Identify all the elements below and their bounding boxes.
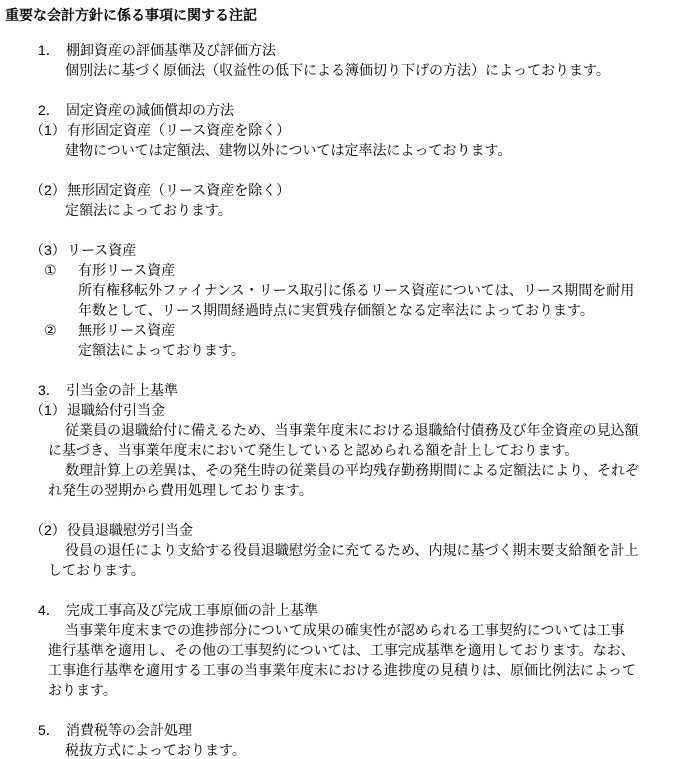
section-2-sub-2-heading-text: 無形固定資産（リース資産を除く）	[67, 182, 290, 198]
section-3-sub-1-heading-text: 退職給付引当金	[67, 402, 165, 418]
section-2-sub-3-item-2-heading-text: 無形リース資産	[78, 322, 175, 338]
text-line: れ発生の翌期から費用処理しております。	[48, 480, 678, 500]
section-2-sub-3-item-2-heading: ②無形リース資産	[44, 320, 678, 340]
section-3-sub-1-heading: （1）退職給付引当金	[30, 400, 678, 420]
section-1-number: 1．	[38, 40, 66, 60]
section-4-heading: 4．完成工事高及び完成工事原価の計上基準	[38, 600, 678, 620]
section-2-sub-3-item-1-number: ①	[44, 260, 78, 280]
section-2-sub-3-item-1-heading: ①有形リース資産	[44, 260, 678, 280]
text-line: 税抜方式によっております。	[65, 740, 678, 759]
section-5-number: 5．	[38, 720, 66, 740]
text-line: 建物については定額法、建物以外については定率法によっております。	[65, 140, 678, 160]
section-2-sub-2-number: （2）	[30, 180, 67, 200]
section-3-sub-2-heading-text: 役員退職慰労引当金	[67, 522, 193, 538]
text-line: 進行基準を適用し、その他の工事契約については、工事完成基準を適用しております。な…	[48, 640, 678, 660]
section-2-sub-3-item-2-number: ②	[44, 320, 78, 340]
section-3-heading-text: 引当金の計上基準	[66, 382, 178, 398]
section-3-sub-1-number: （1）	[30, 400, 67, 420]
section-1-heading: 1．棚卸資産の評価基準及び評価方法	[38, 40, 678, 60]
text-line: おります。	[48, 680, 678, 700]
section-5-heading-text: 消費税等の会計処理	[66, 722, 192, 738]
text-line: 定額法によっております。	[65, 200, 678, 220]
section-2-sub-3-item-1-heading-text: 有形リース資産	[78, 262, 175, 278]
section-2-sub-2-heading: （2）無形固定資産（リース資産を除く）	[30, 180, 678, 200]
section-2-sub-3-heading: （3）リース資産	[30, 240, 678, 260]
text-line: 工事進行基準を適用する工事の当事業年度末における進捗度の見積りは、原価比例法によ…	[48, 660, 678, 680]
text-line: 当事業年度末までの進捗部分について成果の確実性が認められる工事契約については工事	[65, 620, 678, 640]
text-line: しております。	[48, 560, 678, 580]
section-2-sub-3-heading-text: リース資産	[67, 242, 136, 258]
text-line: に基づき、当事業年度末において発生していると認められる額を計上しております。	[48, 440, 678, 460]
section-5-heading: 5．消費税等の会計処理	[38, 720, 678, 740]
text-line: 役員の退任により支給する役員退職慰労金に充てるため、内規に基づく期末要支給額を計…	[65, 540, 678, 560]
section-2-heading: 2．固定資産の減価償却の方法	[38, 100, 678, 120]
section-2-sub-1-heading-text: 有形固定資産（リース資産を除く）	[67, 122, 290, 138]
section-2-number: 2．	[38, 100, 66, 120]
section-1-heading-text: 棚卸資産の評価基準及び評価方法	[66, 42, 276, 58]
text-line: 所有権移転外ファイナンス・リース取引に係るリース資産については、リース期間を耐用	[78, 280, 678, 300]
text-line: 年数として、リース期間経過時点に実質残存価額となる定率法によっております。	[78, 300, 678, 320]
section-2-sub-1-heading: （1）有形固定資産（リース資産を除く）	[30, 120, 678, 140]
section-3-heading: 3．引当金の計上基準	[38, 380, 678, 400]
text-line: 数理計算上の差異は、その発生時の従業員の平均残存勤務期間による定額法により、それ…	[65, 460, 678, 480]
text-line: 従業員の退職給付に備えるため、当事業年度末における退職給付債務及び年金資産の見込…	[65, 420, 678, 440]
text-line: 定額法によっております。	[78, 340, 678, 360]
text-line: 個別法に基づく原価法（収益性の低下による簿価切り下げの方法）によっております。	[65, 60, 678, 80]
section-4-heading-text: 完成工事高及び完成工事原価の計上基準	[66, 602, 318, 618]
section-2-sub-3-number: （3）	[30, 240, 67, 260]
section-2-heading-text: 固定資産の減価償却の方法	[66, 102, 234, 118]
document-title: 重要な会計方針に係る事項に関する注記	[5, 5, 678, 25]
section-3-sub-2-number: （2）	[30, 520, 67, 540]
section-4-number: 4．	[38, 600, 66, 620]
section-2-sub-1-number: （1）	[30, 120, 67, 140]
accounting-policy-notes-document: 重要な会計方針に係る事項に関する注記 1．棚卸資産の評価基準及び評価方法 個別法…	[0, 5, 678, 759]
section-3-number: 3．	[38, 380, 66, 400]
section-3-sub-2-heading: （2）役員退職慰労引当金	[30, 520, 678, 540]
